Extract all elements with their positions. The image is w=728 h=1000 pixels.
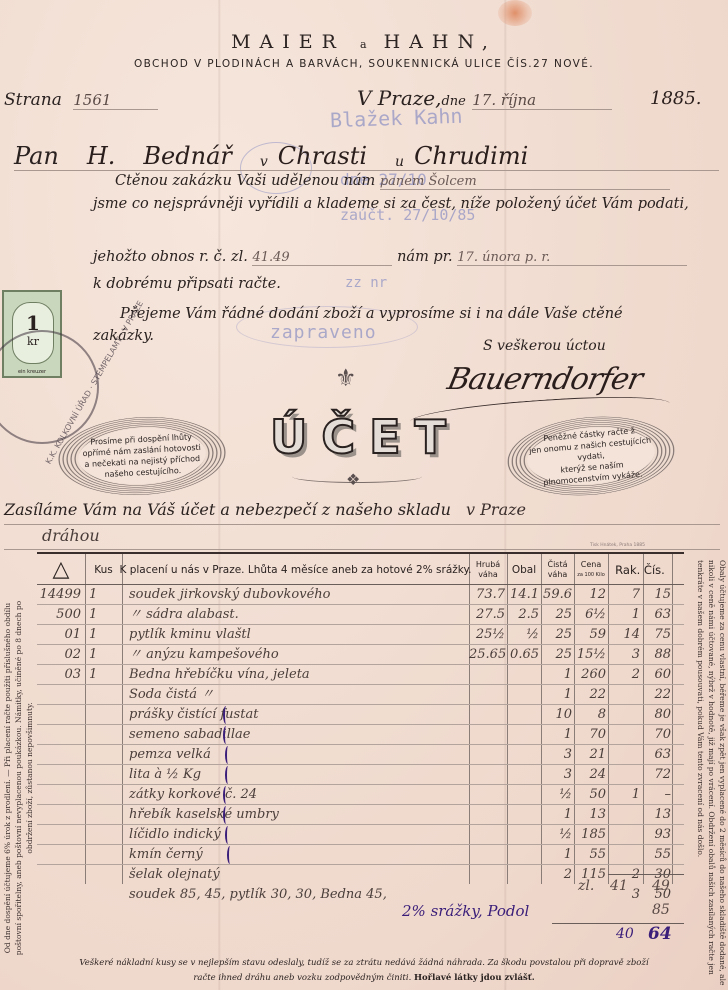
table-cell-kus: [89, 825, 109, 845]
table-cell-gross: [469, 845, 505, 865]
table-cell-kus: 1: [89, 625, 109, 645]
table-cell-tare: [507, 725, 539, 745]
table-cell-kr: 55: [643, 845, 671, 865]
table-cell-kus: [89, 765, 109, 785]
table-cell-desc: lita à ½ Kg: [129, 765, 469, 785]
header-gross-line-2: váha: [478, 570, 498, 580]
table-cell-desc: líčidlo indický: [129, 825, 469, 845]
table-cell-fl: 1: [608, 785, 640, 805]
table-cell-desc: šelak olejnatý: [129, 865, 469, 885]
table-cell-gross: [469, 725, 505, 745]
table-cell-kus: [89, 885, 109, 905]
table-cell-mark: 500: [37, 605, 81, 625]
header-price-line-1: Cena: [581, 560, 601, 570]
total-kreuzer: 64: [648, 924, 672, 944]
table-cell-mark: [37, 825, 81, 845]
table-cell-mark: [37, 845, 81, 865]
discount-label: 2% srážky, Podol: [402, 902, 529, 920]
blue-name-stamp: Blažek Kahn: [330, 104, 463, 133]
discount-kreuzer: 85: [652, 902, 670, 918]
left-margin-terms: Od dne dospění účtujeme 6% úrok z prodle…: [2, 588, 38, 968]
table-cell-mark: [37, 705, 81, 725]
header-price: Cena za 100 Kilo: [574, 556, 608, 583]
table-cell-mark: 03: [37, 665, 81, 685]
table-cell-kus: 1: [89, 605, 109, 625]
company-name-amp: a: [360, 38, 369, 51]
subtotal-florins: 41: [610, 878, 628, 894]
table-cell-desc: prášky čistící fustat: [129, 705, 469, 725]
header-net-line-2: váha: [548, 570, 568, 580]
due-date-fill: 17. února p. r.: [457, 250, 687, 266]
table-cell-net: [541, 885, 572, 905]
table-cell-price: 12: [574, 585, 606, 605]
check-mark-icon: [223, 806, 229, 824]
table-cell-desc: 〃 anýzu kampešového: [129, 645, 469, 665]
table-cell-mark: 14499: [37, 585, 81, 605]
check-mark-icon: [225, 766, 231, 784]
footer-flammable-note: Hořlavé látky jdou zvlášť.: [414, 973, 535, 983]
table-cell-price: 260: [574, 665, 606, 685]
addressee-name: Bednář: [143, 142, 231, 170]
table-cell-price: 8: [574, 705, 606, 725]
company-tagline: OBCHOD V PLODINÁCH A BARVÁCH, SOUKENNICK…: [0, 58, 728, 70]
table-cell-kr: 70: [643, 725, 671, 745]
table-cell-tare: [507, 805, 539, 825]
date-value: 17. října: [472, 91, 612, 110]
postmark-cancel: K.K. KOLKOVNÍ ÚŘAD · STEMPELAMT · V PRAZ…: [0, 330, 99, 444]
footer-line-1: Veškeré nákladní kusy se v nejlepším sta…: [30, 956, 698, 971]
table-cell-kus: [89, 805, 109, 825]
table-cell-net: 1: [541, 805, 572, 825]
table-cell-fl: [608, 685, 640, 705]
wax-stain: [498, 0, 532, 26]
table-cell-fl: [608, 845, 640, 865]
table-cell-mark: [37, 765, 81, 785]
check-mark-icon: [223, 706, 229, 724]
table-cell-kus: 1: [89, 665, 109, 685]
table-cell-gross: [469, 745, 505, 765]
table-cell-kr: 88: [643, 645, 671, 665]
table-cell-desc: Bedna hřebíčku vína, jeleta: [129, 665, 469, 685]
table-cell-gross: [469, 765, 505, 785]
table-cell-tare: ½: [507, 625, 539, 645]
shipping-origin: v Praze: [466, 500, 526, 519]
table-cell-kr: 60: [643, 665, 671, 685]
mark-header-icon: △: [37, 556, 85, 583]
table-cell-desc: semeno sabadillae: [129, 725, 469, 745]
table-cell-desc: zátky korkové č. 24: [129, 785, 469, 805]
table-cell-net: 25: [541, 625, 572, 645]
table-cell-fl: [608, 825, 640, 845]
shipping-line: Zasíláme Vám na Váš účet a nebezpečí z n…: [4, 500, 720, 525]
header-gross-line-1: Hrubá: [476, 560, 500, 570]
scan-border: [0, 990, 728, 1000]
table-cell-net: 10: [541, 705, 572, 725]
table-cell-net: 25: [541, 605, 572, 625]
table-cell-kr: 93: [643, 825, 671, 845]
table-cell-mark: [37, 685, 81, 705]
fleur-ornament-icon: ⚜: [335, 364, 357, 392]
table-cell-tare: [507, 745, 539, 765]
table-cell-tare: [507, 765, 539, 785]
table-cell-price: 70: [574, 725, 606, 745]
table-cell-fl: 3: [608, 645, 640, 665]
table-cell-kus: [89, 745, 109, 765]
table-cell-kr: 72: [643, 765, 671, 785]
check-mark-icon: [227, 846, 233, 864]
table-cell-desc: kmín černý: [129, 845, 469, 865]
closing-text: S veškerou úctou: [483, 338, 606, 354]
table-cell-desc: Soda čistá 〃: [129, 685, 469, 705]
body-line-3-text: jehožto obnos r. č. zl.: [93, 249, 248, 265]
body-line-1-text: Ctěnou zakázku Vaši udělenou nám: [115, 173, 375, 189]
table-cell-mark: [37, 785, 81, 805]
check-mark-icon: [225, 746, 231, 764]
v-label: v: [260, 154, 268, 170]
table-cell-fl: [608, 725, 640, 745]
right-margin-terms: Obaly účtujeme za cenu vlastní, béřeme j…: [688, 560, 728, 1000]
table-cell-gross: [469, 665, 505, 685]
table-cell-fl: [608, 805, 640, 825]
table-cell-desc: pytlík kminu vlaštl: [129, 625, 469, 645]
table-cell-gross: 27.5: [469, 605, 505, 625]
table-cell-kr: 22: [643, 685, 671, 705]
table-cell-net: ½: [541, 785, 572, 805]
addressee-initial: H.: [87, 142, 116, 170]
table-cell-gross: [469, 685, 505, 705]
table-cell-kus: [89, 865, 109, 885]
table-cell-fl: 2: [608, 665, 640, 685]
signature: Bauerndorfer: [444, 362, 645, 397]
header-net-weight: Čistá váha: [541, 556, 574, 583]
table-cell-tare: [507, 825, 539, 845]
table-cell-kus: [89, 685, 109, 705]
body-line-2: jsme co nejsprávněji vyřídili a klademe …: [93, 196, 689, 212]
header-description: K placení u nás v Praze. Lhůta 4 měsíce …: [122, 556, 469, 583]
header-gross-weight: Hrubá váha: [469, 556, 507, 583]
table-cell-fl: 14: [608, 625, 640, 645]
table-cell-net: 1: [541, 665, 572, 685]
table-cell-desc: 〃 sádra alabast.: [129, 605, 469, 625]
table-cell-mark: 01: [37, 625, 81, 645]
table-cell-net: 2: [541, 865, 572, 885]
table-cell-mark: 02: [37, 645, 81, 665]
paid-stamp: zapraveno: [270, 322, 377, 343]
company-name: MAIER a HAHN,: [0, 31, 728, 53]
footer-notice: Veškeré nákladní kusy se v nejlepším sta…: [30, 956, 698, 986]
knot-ornament-icon: ❖: [346, 470, 360, 489]
addressee-region: Chrudimi: [414, 142, 528, 170]
table-cell-kr: –: [643, 785, 671, 805]
page-number-field: Strana 1561: [4, 90, 158, 110]
table-cell-price: 6½: [574, 605, 606, 625]
pan-label: Pan: [14, 142, 59, 170]
table-cell-mark: [37, 725, 81, 745]
table-cell-price: 50: [574, 785, 606, 805]
subtotal-note: zl.: [578, 878, 594, 894]
table-cell-price: 24: [574, 765, 606, 785]
table-cell-kr: 13: [643, 805, 671, 825]
table-cell-price: 21: [574, 745, 606, 765]
subtotal-rule: [608, 874, 684, 875]
table-cell-mark: [37, 805, 81, 825]
table-cell-net: 3: [541, 765, 572, 785]
header-amount: Rak. Čís.: [608, 556, 672, 583]
table-cell-kus: [89, 845, 109, 865]
body-line-5: Přejeme Vám řádné dodání zboží a vyprosí…: [120, 306, 623, 322]
table-cell-mark: [37, 885, 81, 905]
table-cell-tare: 0.65: [507, 645, 539, 665]
table-cell-gross: [469, 825, 505, 845]
body-line-1: Ctěnou zakázku Vaši udělenou nám panem Š…: [115, 173, 670, 190]
company-name-part-1: MAIER: [231, 31, 345, 53]
table-cell-fl: [608, 705, 640, 725]
table-cell-kus: 1: [89, 645, 109, 665]
invoice-title: ÚČET: [270, 410, 460, 464]
table-cell-fl: [608, 765, 640, 785]
agent-name-fill: panem Šolcem: [380, 174, 670, 190]
table-cell-kr: 15: [643, 585, 671, 605]
invoice-table: △ Kus K placení u nás v Praze. Lhůta 4 m…: [37, 552, 684, 884]
addressee-line: Pan H. Bednář v Chrasti u Chrudimi: [14, 138, 719, 171]
table-cell-kus: 1: [89, 585, 109, 605]
table-cell-net: 1: [541, 725, 572, 745]
table-cell-tare: 2.5: [507, 605, 539, 625]
table-cell-gross: 25.65: [469, 645, 505, 665]
table-cell-gross: [469, 865, 505, 885]
table-cell-kr: 75: [643, 625, 671, 645]
table-cell-net: ½: [541, 825, 572, 845]
header-price-line-2: za 100 Kilo: [577, 570, 605, 580]
table-cell-mark: [37, 745, 81, 765]
table-cell-fl: [608, 745, 640, 765]
blue-stamp-line-3: zz nr: [345, 275, 387, 291]
table-cell-price: 185: [574, 825, 606, 845]
table-cell-tare: [507, 845, 539, 865]
table-cell-net: 59.6: [541, 585, 572, 605]
body-line-3: jehožto obnos r. č. zl. 41.49 nám pr. 17…: [93, 249, 687, 266]
table-cell-tare: [507, 705, 539, 725]
check-mark-icon: [223, 786, 229, 804]
table-cell-kus: [89, 705, 109, 725]
table-cell-price: 22: [574, 685, 606, 705]
table-cell-gross: 25½: [469, 625, 505, 645]
header-kus: Kus: [85, 556, 122, 583]
printer-mark: Tisk Hnátek, Praha 1885: [590, 543, 645, 548]
table-cell-gross: [469, 785, 505, 805]
table-cell-tare: [507, 865, 539, 885]
table-cell-desc: soudek jirkovský dubovkového: [129, 585, 469, 605]
table-cell-gross: [469, 705, 505, 725]
amount-fill: 41.49: [252, 250, 392, 266]
table-cell-mark: [37, 865, 81, 885]
table-cell-fl: 1: [608, 605, 640, 625]
table-cell-tare: 14.1: [507, 585, 539, 605]
table-cell-tare: [507, 665, 539, 685]
table-cell-net: 1: [541, 685, 572, 705]
table-cell-desc: pemza velká: [129, 745, 469, 765]
table-cell-kr: 63: [643, 745, 671, 765]
table-cell-kus: [89, 725, 109, 745]
table-cell-kr: 63: [643, 605, 671, 625]
addressee-town: Chrasti: [278, 142, 367, 170]
table-cell-gross: 73.7: [469, 585, 505, 605]
table-cell-fl: 7: [608, 585, 640, 605]
check-mark-icon: [223, 726, 229, 744]
total-florins: 40: [616, 926, 634, 942]
table-cell-tare: [507, 785, 539, 805]
body-line-3-middle: nám pr.: [397, 249, 453, 265]
strana-label: Strana: [4, 90, 62, 110]
table-cell-kus: [89, 785, 109, 805]
table-cell-net: 3: [541, 745, 572, 765]
body-line-4: k dobrému připsati račte.: [93, 276, 281, 292]
company-name-part-2: HAHN,: [384, 31, 497, 53]
table-cell-kr: 80: [643, 705, 671, 725]
year-value: 1885.: [650, 88, 702, 109]
table-cell-desc: hřebík kaselské umbry: [129, 805, 469, 825]
table-cell-price: 15½: [574, 645, 606, 665]
table-cell-tare: [507, 685, 539, 705]
header-net-line-1: Čistá: [547, 560, 567, 570]
footer-line-2: račte ihned dráhu aneb vozku zodpovědným…: [193, 973, 411, 983]
strana-value: 1561: [73, 91, 158, 110]
check-mark-icon: [225, 826, 231, 844]
table-cell-net: 1: [541, 845, 572, 865]
subtotal-kreuzer: 49: [652, 878, 670, 894]
table-cell-price: 55: [574, 845, 606, 865]
shipping-text: Zasíláme Vám na Váš účet a nebezpečí z n…: [4, 500, 451, 519]
table-cell-price: 13: [574, 805, 606, 825]
table-cell-gross: [469, 805, 505, 825]
table-cell-net: 25: [541, 645, 572, 665]
u-label: u: [395, 154, 404, 170]
table-cell-price: 59: [574, 625, 606, 645]
header-tare: Obal: [507, 556, 541, 583]
